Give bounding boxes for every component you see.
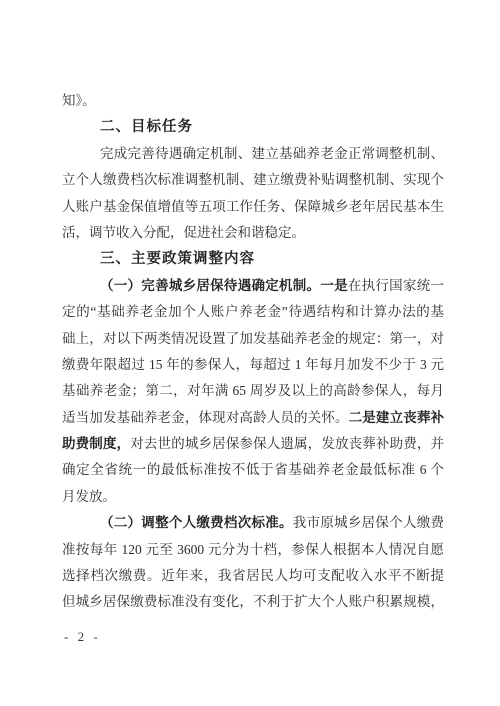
text-line: 定的“基础养老金加个人账户养老金”待遇结构和计算办法的基 [62,299,444,325]
emphasized-text-run: （一）完善城乡居保待遇确定机制。一是 [100,278,348,293]
document-page: 知》。二、目标任务完成完善待遇确定机制、建立基础养老金正常调整机制、建立个人缴费… [0,0,500,706]
text-line: 确定全省统一的最低标准按不低于省基础养老金最低标准 6 个 [62,457,444,483]
text-run: 立个人缴费档次标准调整机制、建立缴费补贴调整机制、实现个 [62,172,444,187]
document-body: 知》。二、目标任务完成完善待遇确定机制、建立基础养老金正常调整机制、建立个人缴费… [62,88,444,616]
text-line: 础上，对以下两类情况设置了加发基础养老金的规定：第一，对 [62,326,444,352]
text-line: 立个人缴费档次标准调整机制、建立缴费补贴调整机制、实现个 [62,167,444,193]
text-run: 知》。 [62,93,96,108]
text-line: 助费制度，对去世的城乡居保参保人遗属，发放丧葬补助费，并 [62,431,444,457]
section-heading: 二、目标任务 [62,114,444,140]
text-run: 完成完善待遇确定机制、建立基础养老金正常调整机制、建 [62,146,444,167]
text-line: 活，调节收入分配，促进社会和谐稳定。 [62,220,444,246]
text-run: 人账户基金保值增值等五项工作任务、保障城乡老年居民基本生 [62,199,444,214]
text-run: 础上，对以下两类情况设置了加发基础养老金的规定：第一，对 [62,331,444,346]
section-heading: 三、主要政策调整内容 [62,246,444,272]
text-run: 但城乡居保缴费标准没有变化，不利于扩大个人账户积累规模， [62,594,444,609]
text-line: 选择档次缴费。近年来，我省居民人均可支配收入水平不断提高， [62,563,444,589]
text-run: 适当加发基础养老金，体现对高龄人员的关怀。 [62,410,349,425]
text-run: 确定全省统一的最低标准按不低于省基础养老金最低标准 6 个 [62,462,444,477]
text-run: 活，调节收入分配，促进社会和谐稳定。 [62,225,305,240]
text-line: 完成完善待遇确定机制、建立基础养老金正常调整机制、建 [62,141,444,167]
text-run: 基础养老金；第二，对年满 65 周岁及以上的高龄参保人，每月 [62,383,444,398]
emphasized-text-run: 三、主要政策调整内容 [100,251,255,267]
text-line: （二）调整个人缴费档次标准。我市原城乡居保个人缴费标 [62,510,444,536]
text-run: 定的“基础养老金加个人账户养老金”待遇结构和计算办法的基 [62,304,444,319]
text-line: 缴费年限超过 15 年的参保人，每超过 1 年每月加发不少于 3 元 [62,352,444,378]
text-run: 月发放。 [62,489,116,504]
text-line: （一）完善城乡居保待遇确定机制。一是在执行国家统一规 [62,273,444,299]
emphasized-text-run: （二）调整个人缴费档次标准。 [100,515,293,530]
text-line: 基础养老金；第二，对年满 65 周岁及以上的高龄参保人，每月 [62,378,444,404]
emphasized-text-run: 二是建立丧葬补 [349,410,444,425]
text-run: 对去世的城乡居保参保人遗属，发放丧葬补助费，并 [130,436,444,451]
text-line: 适当加发基础养老金，体现对高龄人员的关怀。二是建立丧葬补 [62,405,444,431]
text-line: 人账户基金保值增值等五项工作任务、保障城乡老年居民基本生 [62,194,444,220]
emphasized-text-run: 助费制度， [62,436,130,451]
page-number: - 2 - [64,629,101,645]
text-line: 知》。 [62,88,444,114]
text-run: 缴费年限超过 15 年的参保人，每超过 1 年每月加发不少于 3 元 [62,357,444,372]
text-run: 选择档次缴费。近年来，我省居民人均可支配收入水平不断提高， [62,568,444,589]
text-run: 准按每年 120 元至 3600 元分为十档，参保人根据本人情况自愿 [62,542,444,557]
text-line: 但城乡居保缴费标准没有变化，不利于扩大个人账户积累规模， [62,589,444,615]
emphasized-text-run: 二、目标任务 [100,119,193,135]
text-line: 准按每年 120 元至 3600 元分为十档，参保人根据本人情况自愿 [62,537,444,563]
text-line: 月发放。 [62,484,444,510]
